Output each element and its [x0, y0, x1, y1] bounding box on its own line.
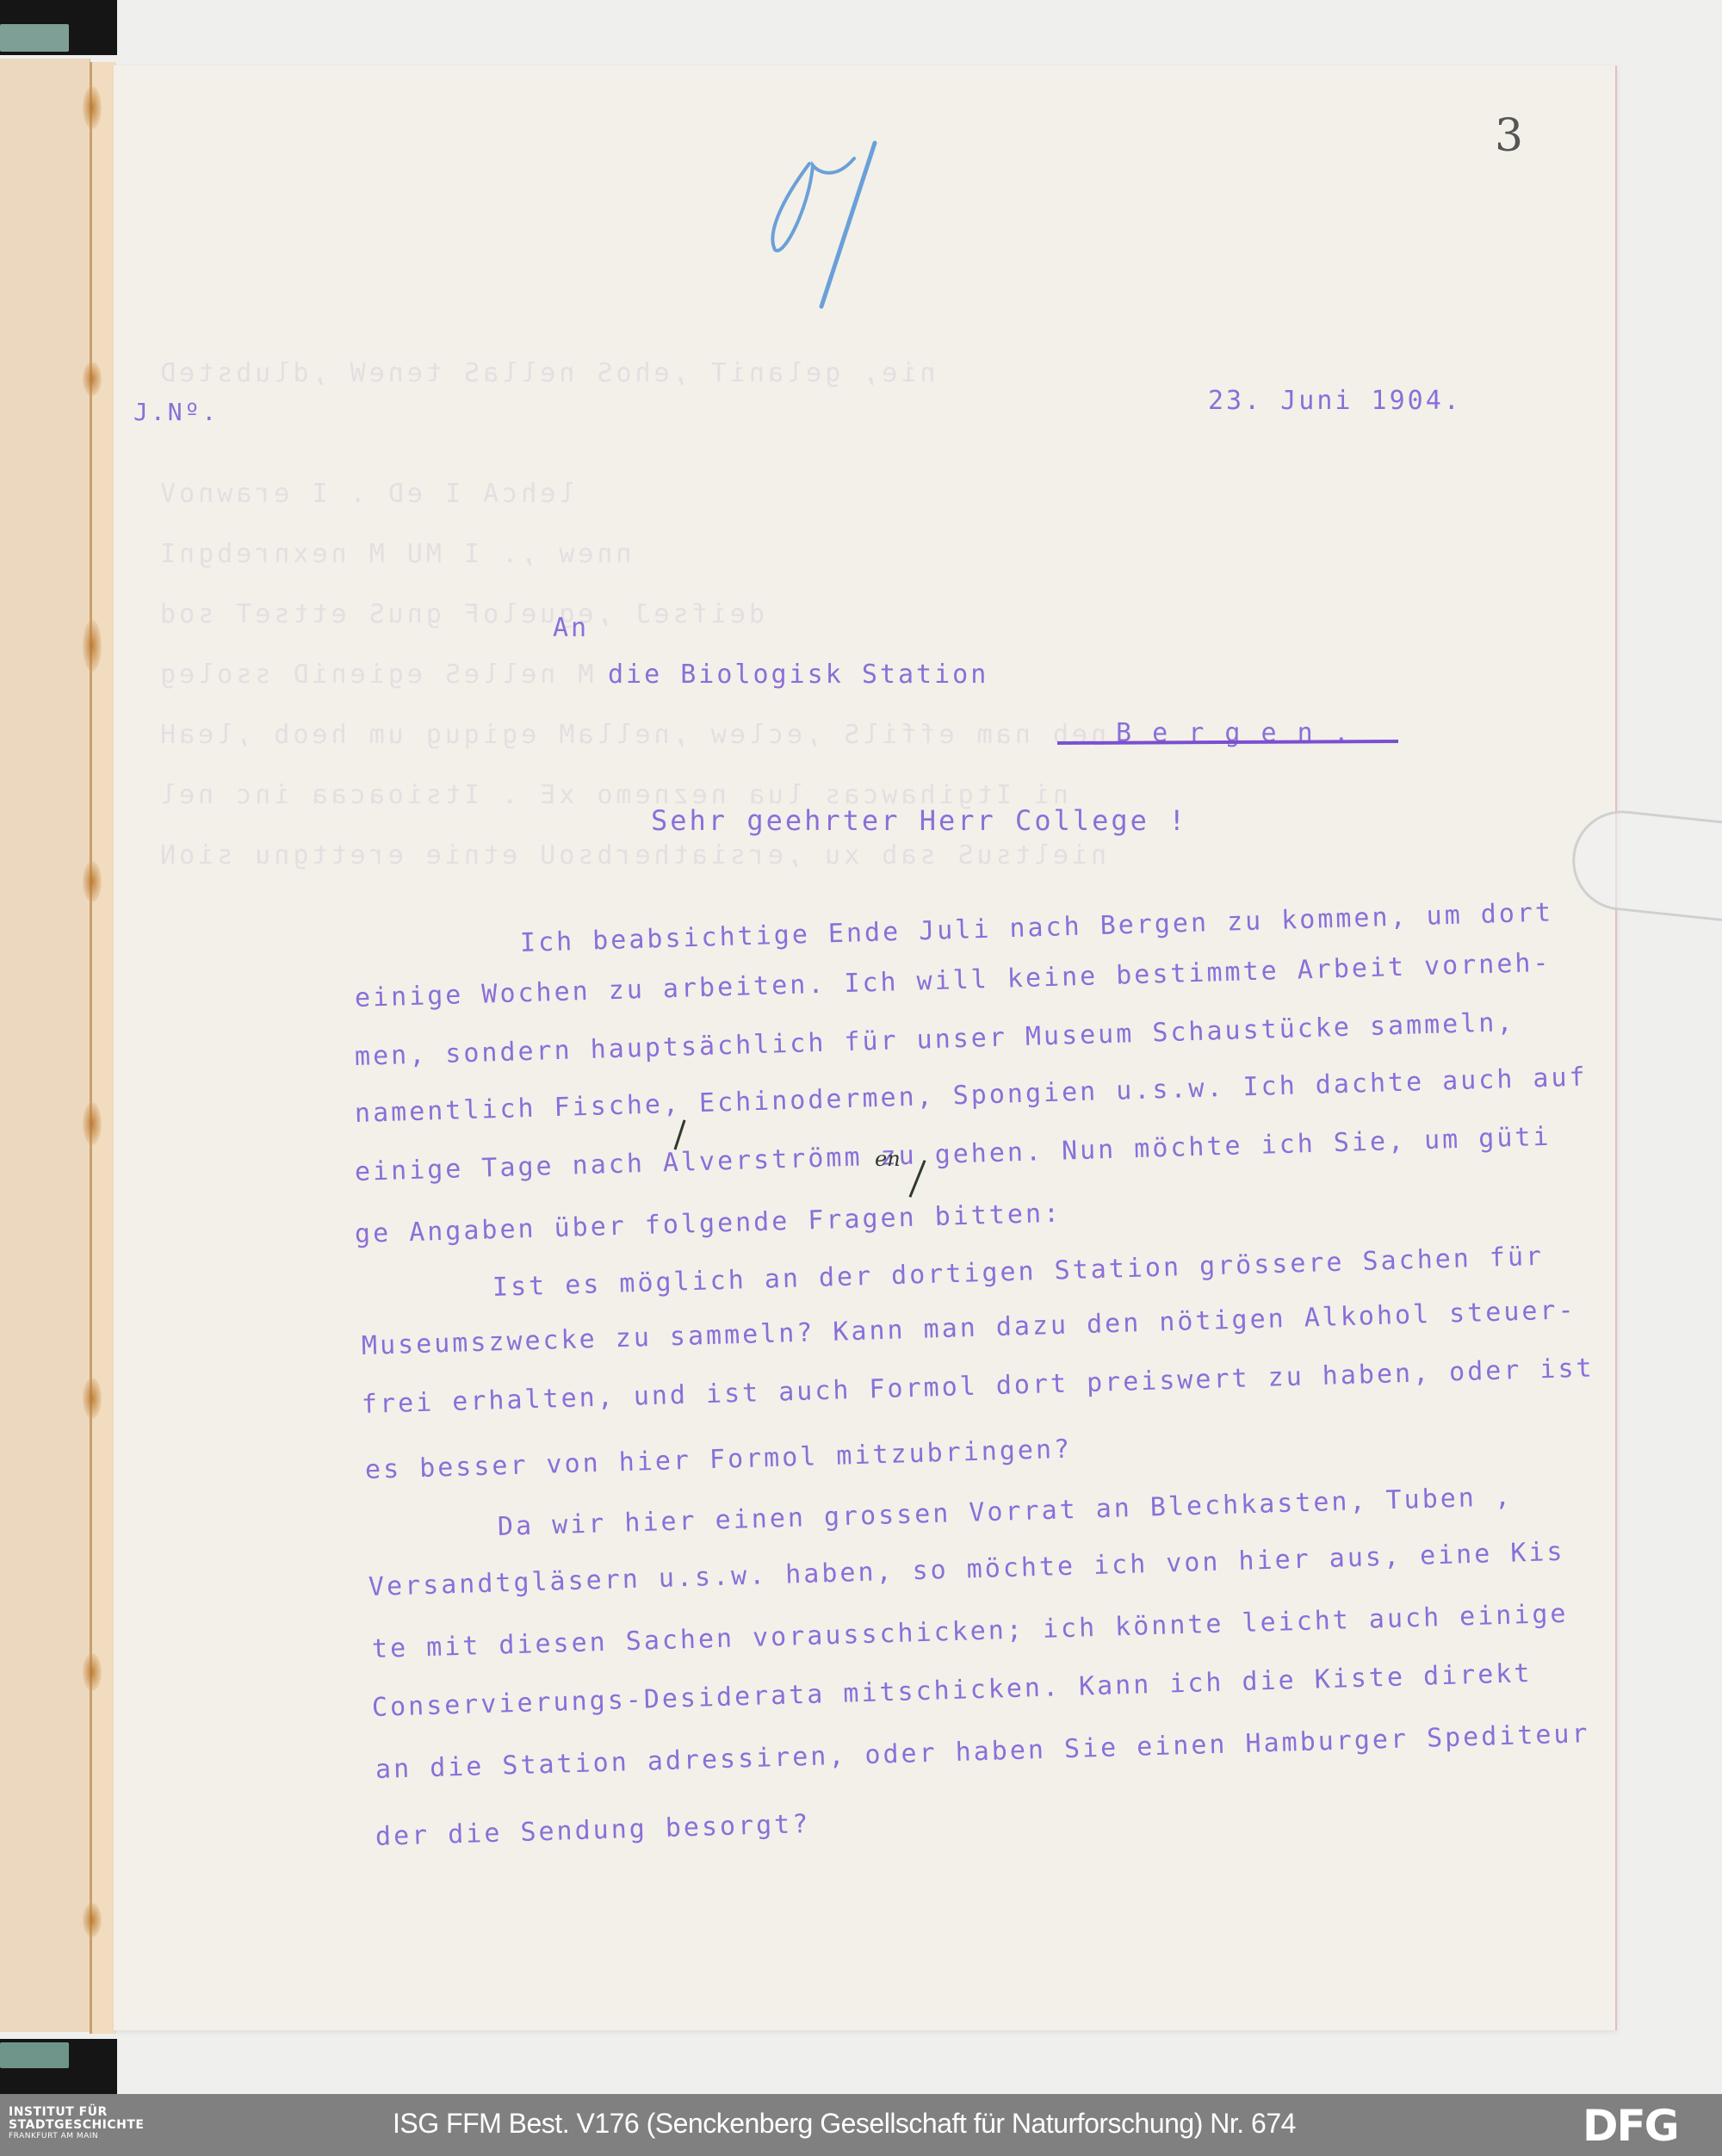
underlying-pages [0, 59, 90, 2032]
bleed-through-text: nie, gelaniT ,ehoS nellaS teneW ,dlubste… [157, 358, 936, 388]
folio-number: 3 [1495, 110, 1523, 162]
letter-date: 23. Juni 1904. [1208, 386, 1462, 416]
logo-line: FRANKFURT AM MAIN [9, 2133, 145, 2141]
rust-stain [83, 86, 102, 129]
binder-felt-bottom [0, 2042, 69, 2068]
institut-fuer-stadtgeschichte-logo: INSTITUT FÜR STADTGESCHICHTE FRANKFURT A… [9, 2106, 145, 2141]
journal-number-label: J.Nº. [133, 398, 219, 426]
blue-pencil-annotation [758, 138, 921, 310]
rust-stain [83, 861, 102, 902]
binder-felt-top [0, 24, 69, 52]
bleed-through-text: M nelleS egieniD ssoleg [157, 660, 593, 690]
address-recipient: die Biologisk Station [608, 660, 988, 690]
address-preposition: An [553, 613, 589, 643]
rust-stain [83, 1102, 102, 1145]
archive-footer-bar: INSTITUT FÜR STADTGESCHICHTE FRANKFURT A… [0, 2094, 1722, 2156]
bleed-through-text: deifseJ ,egueloF gnuS ettseT sod [157, 599, 765, 629]
scan-area: nie, gelaniT ,ehoS nellaS teneW ,dlubste… [0, 0, 1722, 2094]
rust-stain [83, 1903, 102, 1937]
bleed-through-text: nnew ,. I MU M nexnrebgnI [157, 539, 632, 569]
archive-signature: ISG FFM Best. V176 (Senckenberg Gesellsc… [393, 2108, 1296, 2140]
salutation: Sehr geehrter Herr College ! [651, 804, 1187, 837]
rust-stain [83, 362, 102, 396]
rust-stain [83, 1378, 102, 1419]
bleed-through-text: lehcA I eD . I erawnoV [157, 479, 574, 509]
rust-stain [83, 1653, 102, 1691]
page-edge [90, 62, 116, 2034]
logo-line: STADTGESCHICHTE [9, 2119, 145, 2132]
rust-stain [83, 620, 102, 672]
logo-line: INSTITUT FÜR [9, 2106, 145, 2119]
handwritten-insertion: en [875, 1147, 901, 1171]
bleed-through-text: nieltsuS sab xu ,ersiatherbsoU etnie ere… [157, 840, 1106, 870]
dfg-logo: DFG [1583, 2104, 1678, 2147]
bleed-through-text: neb nam effilS ,eclew ,nellaM egiqug um … [157, 720, 1106, 750]
